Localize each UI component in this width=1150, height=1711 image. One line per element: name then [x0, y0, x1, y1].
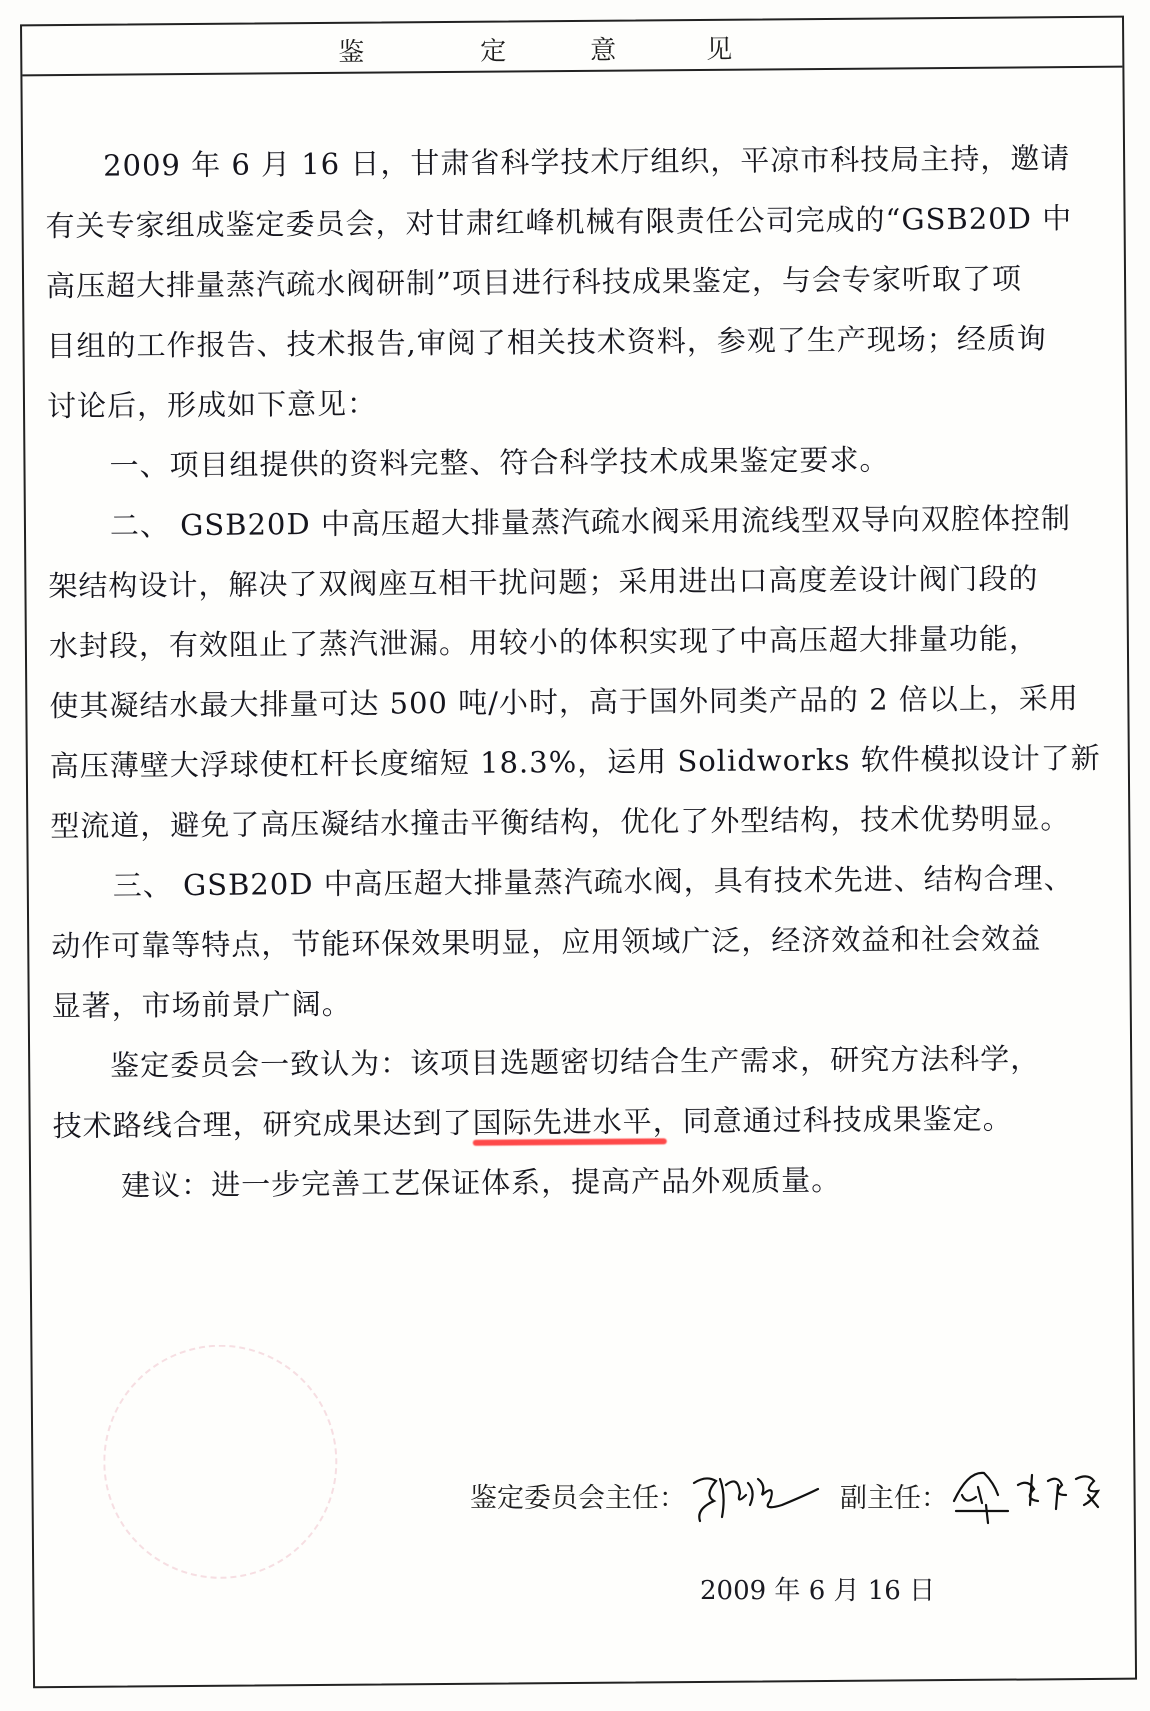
highlighted-phrase: 国际先进水平 — [473, 1104, 653, 1139]
header-char: 见 — [706, 29, 732, 66]
opinion-item-2: 二、 GSB20D 中高压超大排量蒸汽疏水阀采用流线型双导向双腔体控制 架结构设… — [48, 488, 1113, 856]
chair-label: 鉴定委员会主任： — [470, 1476, 686, 1515]
faded-seal-stamp — [102, 1344, 338, 1580]
vice-chair-label: 副主任： — [840, 1476, 948, 1515]
text-line: 显著，市场前景广阔。 — [51, 968, 1113, 1036]
text-line: 使其凝结水最大排量可达 500 吨/小时，高于国外同类产品的 2 倍以上，采用 — [49, 668, 1111, 736]
signing-date: 2009 年 6 月 16 日 — [700, 1570, 935, 1607]
suggestion-paragraph: 建议：进一步完善工艺保证体系，提高产品外观质量。 — [53, 1148, 1115, 1216]
text-line: 技术路线合理，研究成果达到了国际先进水平，同意通过科技成果鉴定。 — [52, 1088, 1114, 1156]
text-line: 二、 GSB20D 中高压超大排量蒸汽疏水阀采用流线型双导向双腔体控制 — [48, 488, 1110, 556]
text-line: 一、项目组提供的资料完整、符合科学技术成果鉴定要求。 — [47, 428, 1109, 496]
text-line: 架结构设计，解决了双阀座互相干扰问题；采用进出口高度差设计阀门段的 — [48, 548, 1110, 616]
header-char: 意 — [590, 30, 616, 67]
text-segment: ，同意通过科技成果鉴定。 — [653, 1102, 1013, 1139]
text-segment: 技术路线合理，研究成果达到了 — [53, 1106, 473, 1143]
text-line: 高压超大排量蒸汽疏水阀研制”项目进行科技成果鉴定，与会专家听取了项 — [46, 248, 1108, 316]
opinion-item-1: 一、项目组提供的资料完整、符合科学技术成果鉴定要求。 — [47, 428, 1109, 496]
text-line: 讨论后，形成如下意见： — [47, 368, 1109, 436]
intro-paragraph: 2009 年 6 月 16 日，甘肃省科学技术厅组织，平凉市科技局主持，邀请 有… — [45, 128, 1109, 436]
text-line: 鉴定委员会一致认为：该项目选题密切结合生产需求，研究方法科学， — [52, 1028, 1114, 1096]
text-line: 动作可靠等特点，节能环保效果明显，应用领域广泛，经济效益和社会效益 — [51, 908, 1113, 976]
opinion-item-3: 三、 GSB20D 中高压超大排量蒸汽疏水阀，具有技术先进、结构合理、 动作可靠… — [51, 848, 1114, 1036]
form-header: 鉴 定 意 见 — [22, 18, 1122, 77]
header-char: 鉴 — [338, 32, 364, 69]
text-line: 型流道，避免了高压凝结水撞击平衡结构，优化了外型结构，技术优势明显。 — [50, 788, 1112, 856]
text-line: 建议：进一步完善工艺保证体系，提高产品外观质量。 — [53, 1148, 1115, 1216]
appraisal-form: 鉴 定 意 见 2009 年 6 月 16 日，甘肃省科学技术厅组织，平凉市科技… — [20, 16, 1137, 1689]
text-line: 2009 年 6 月 16 日，甘肃省科学技术厅组织，平凉市科技局主持，邀请 — [45, 128, 1107, 196]
text-line: 三、 GSB20D 中高压超大排量蒸汽疏水阀，具有技术先进、结构合理、 — [51, 848, 1113, 916]
text-line: 有关专家组成鉴定委员会，对甘肃红峰机械有限责任公司完成的“GSB20D 中 — [45, 188, 1107, 256]
text-line: 水封段，有效阻止了蒸汽泄漏。用较小的体积实现了中高压超大排量功能， — [49, 608, 1111, 676]
text-line: 高压薄壁大浮球使杠杆长度缩短 18.3%，运用 Solidworks 软件模拟设… — [50, 728, 1112, 796]
header-char: 定 — [480, 31, 506, 68]
vice-chair-signature — [948, 1465, 1118, 1525]
chair-signature — [686, 1465, 836, 1525]
conclusion-paragraph: 鉴定委员会一致认为：该项目选题密切结合生产需求，研究方法科学， 技术路线合理，研… — [52, 1028, 1115, 1156]
signature-row: 鉴定委员会主任： 副主任： — [470, 1465, 1118, 1525]
text-line: 目组的工作报告、技术报告,审阅了相关技术资料，参观了生产现场；经质询 — [46, 308, 1108, 376]
